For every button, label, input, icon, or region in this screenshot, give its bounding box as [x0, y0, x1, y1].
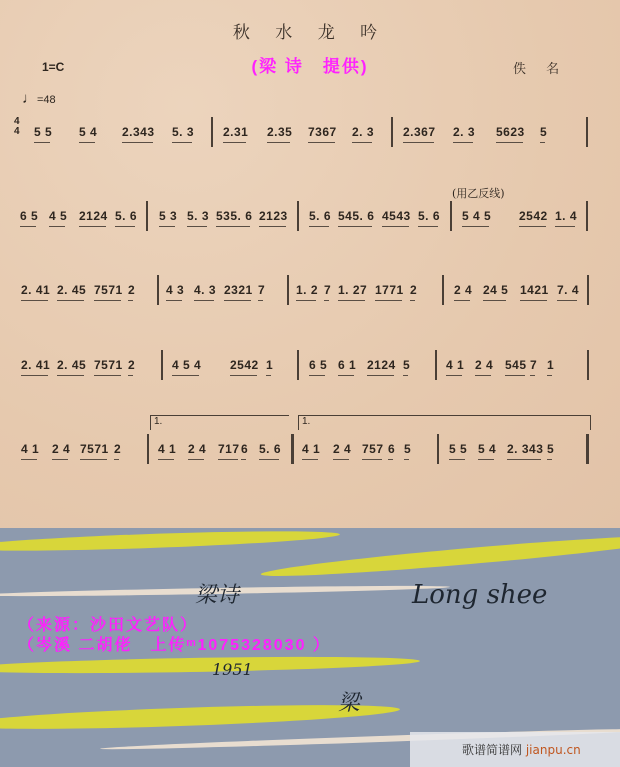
notes: 2 [128, 358, 135, 372]
notes: 5 [547, 442, 554, 456]
notes: 5 4 5 [462, 209, 491, 223]
quarter-note-icon: ♩ [22, 90, 37, 107]
notes: 7 [530, 358, 537, 372]
notes: 1 [547, 358, 554, 372]
notes: 4 5 4 [172, 358, 201, 372]
notes: 5 5 [34, 125, 52, 139]
notes: 5 5 [449, 442, 467, 456]
barline [586, 117, 588, 147]
notes: 7571 [80, 442, 109, 456]
notes: 1. 4 [555, 209, 577, 223]
notes: 2 4 [454, 283, 472, 297]
notes: 7571 [94, 358, 123, 372]
notes: 5 3 [159, 209, 177, 223]
notes: 5 [404, 442, 411, 456]
second-ending-bracket: 1. [298, 415, 591, 430]
watermark: 歌谱简谱网 jianpu.cn [410, 732, 620, 767]
notes: 6 5 [309, 358, 327, 372]
notes: 5. 6 [115, 209, 137, 223]
notes: 717 [218, 442, 240, 456]
barline [161, 350, 163, 380]
notes: 6 5 [20, 209, 38, 223]
yellow-stripe [0, 654, 420, 676]
notes: 7571 [94, 283, 123, 297]
notes: 5. 3 [172, 125, 194, 139]
notes: 535. 6 [216, 209, 252, 223]
tempo-value: =48 [37, 94, 56, 106]
notes: 5 4 [79, 125, 97, 139]
notes: 24 5 [483, 283, 508, 297]
barline [146, 201, 148, 231]
first-ending-bracket: 1. [150, 415, 289, 430]
notes: 2. 45 [57, 358, 86, 372]
staff-row-4: 2. 41 2. 45 7571 2 4 5 4 2542 1 6 5 6 1 … [0, 358, 620, 382]
notes: 5 [403, 358, 410, 372]
notes: 1 [266, 358, 273, 372]
staff-row-5: 4 1 2 4 7571 2 4 1 2 4 717 6 5. 6 4 1 2 … [0, 442, 620, 466]
barline [587, 275, 589, 305]
notes: 2542 [230, 358, 259, 372]
notes: 6 [241, 442, 248, 456]
notes: 4 3 [166, 283, 184, 297]
notes: 2 [410, 283, 417, 297]
notes: 5. 6 [309, 209, 331, 223]
watermark-link[interactable]: jianpu.cn [526, 743, 581, 757]
notes: 4 1 [158, 442, 176, 456]
notes: 2542 [519, 209, 548, 223]
notes: 7 [258, 283, 265, 297]
english-signature: Long shee [412, 580, 547, 610]
notes: 5 [540, 125, 547, 139]
notes: 2.31 [223, 125, 248, 139]
barline [450, 201, 452, 231]
notes: 7. 4 [557, 283, 579, 297]
notes: 4543 [382, 209, 411, 223]
barline [147, 434, 149, 464]
barline [287, 275, 289, 305]
notes: 545. 6 [338, 209, 374, 223]
source-line-2: （岑溪 二胡佬 上传ᵐ1075328030 ） [18, 632, 331, 655]
notes: 7 [324, 283, 331, 297]
barline [586, 201, 588, 231]
notes: 2 4 [475, 358, 493, 372]
notes: 7367 [308, 125, 337, 139]
staff-row-3: 2. 41 2. 45 7571 2 4 3 4. 3 2321 7 1. 2 … [0, 283, 620, 307]
barline [297, 201, 299, 231]
staff-row-2: (用乙反线) 6 5 4 5 2124 5. 6 5 3 5. 3 535. 6… [0, 209, 620, 233]
barline [442, 275, 444, 305]
notes: 2321 [224, 283, 253, 297]
notes: 6 [388, 442, 395, 456]
handwritten-year: 1951 [212, 660, 253, 679]
tempo-marking: ♩=48 [22, 90, 56, 107]
notes: 5 4 [478, 442, 496, 456]
barline [435, 350, 437, 380]
notes: 2124 [367, 358, 396, 372]
yellow-stripe [0, 528, 340, 555]
notes: 2.367 [403, 125, 436, 139]
notes: 2. 41 [21, 358, 50, 372]
notes: 5. 6 [259, 442, 281, 456]
notes: 545 [505, 358, 527, 372]
notes: 5. 6 [418, 209, 440, 223]
notes: 2 4 [333, 442, 351, 456]
watermark-cn: 歌谱简谱网 [462, 743, 522, 757]
song-title: 秋 水 龙 吟 [0, 18, 620, 43]
notes: 5623 [496, 125, 525, 139]
notes: 2.343 [122, 125, 155, 139]
notes: 1771 [375, 283, 404, 297]
barline [391, 117, 393, 147]
notes: 1421 [520, 283, 549, 297]
composer: 佚 名 [513, 58, 567, 77]
notes: 2 [128, 283, 135, 297]
barline [211, 117, 213, 147]
notes: 4 1 [302, 442, 320, 456]
notes: 2. 3 [453, 125, 475, 139]
repeat-barline [291, 434, 294, 464]
notes: 2123 [259, 209, 288, 223]
barline [157, 275, 159, 305]
notes: 2. 41 [21, 283, 50, 297]
final-barline [586, 434, 589, 464]
barline [587, 350, 589, 380]
notes: 1. 2 [296, 283, 318, 297]
notes: 2 [114, 442, 121, 456]
notes: 2. 3 [352, 125, 374, 139]
chinese-signature: 梁诗 [195, 578, 239, 609]
staff-row-1: 5 5 5 4 2.343 5. 3 2.31 2.35 7367 2. 3 2… [0, 125, 620, 149]
notes: 4 1 [21, 442, 39, 456]
notes: 2 4 [188, 442, 206, 456]
notes: 4. 3 [194, 283, 216, 297]
sheet-music-page: 秋 水 龙 吟 1=C (梁 诗 提供) 佚 名 ♩=48 4 4 5 5 5 … [0, 0, 620, 528]
notes: 2. 45 [57, 283, 86, 297]
notes: 2.35 [267, 125, 292, 139]
notes: 5. 3 [187, 209, 209, 223]
notes: 4 1 [446, 358, 464, 372]
notes: 757 [362, 442, 384, 456]
notes: 2. 343 [507, 442, 543, 456]
notes: 2 4 [52, 442, 70, 456]
handwritten-mark: 梁 [338, 686, 360, 717]
performance-annotation: (用乙反线) [452, 185, 505, 201]
notes: 1. 27 [338, 283, 367, 297]
notes: 6 1 [338, 358, 356, 372]
barline [437, 434, 439, 464]
barline [297, 350, 299, 380]
notes: 4 5 [49, 209, 67, 223]
notes: 2124 [79, 209, 108, 223]
